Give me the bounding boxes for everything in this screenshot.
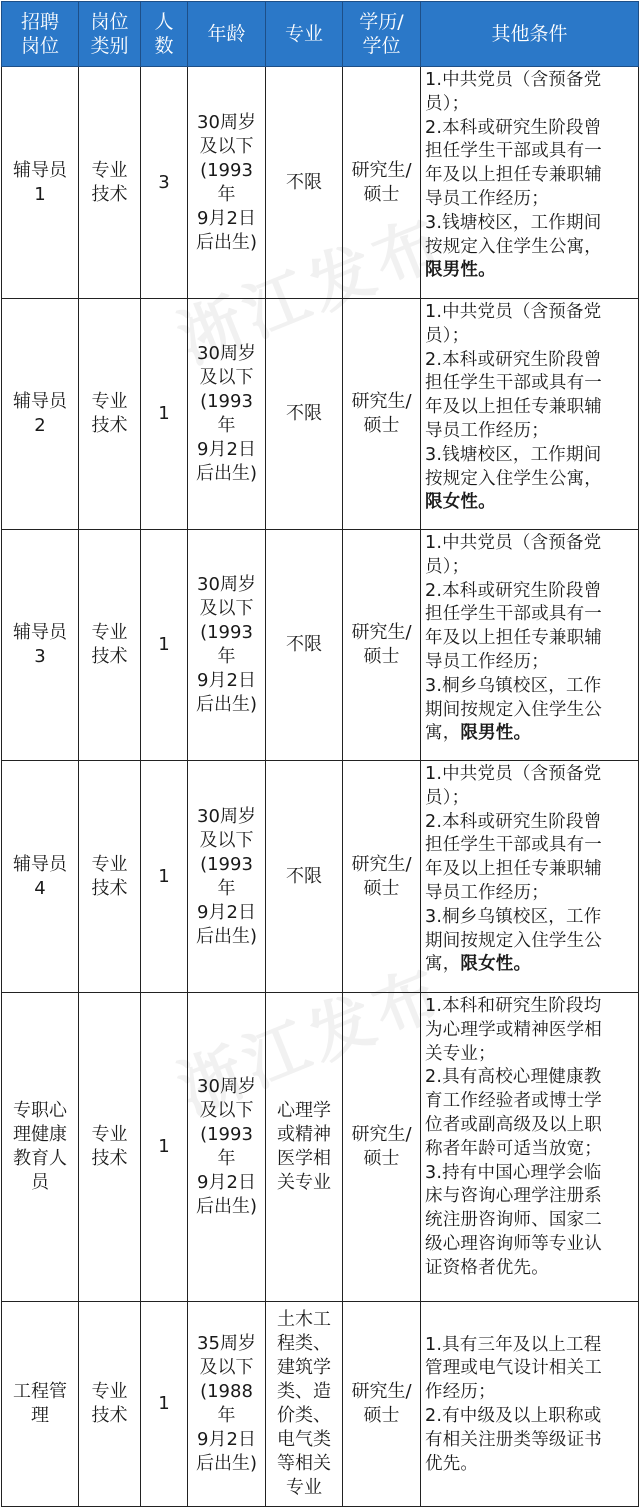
position-text: 3 — [6, 645, 74, 669]
degree-cell: 研究生/硕士 — [343, 530, 421, 761]
position-text: 辅导员 — [6, 853, 74, 877]
condition-text: 作经历； — [425, 1381, 633, 1405]
header-text: 年龄 — [188, 22, 265, 46]
gender-requirement: 限女性。 — [460, 954, 531, 974]
condition-text: 2.具有高校心理健康教 — [425, 1066, 633, 1090]
major-cell: 不限 — [266, 530, 343, 761]
header-text: 人 — [141, 10, 187, 34]
position-cell: 辅导员1 — [2, 67, 79, 299]
major-text: 关专业 — [270, 1171, 338, 1195]
category-text: 专业 — [83, 159, 136, 183]
condition-text: 期间按规定入住学生公 — [425, 930, 633, 954]
count-cell: 1 — [141, 1302, 188, 1507]
condition-text: 1.中共党员（含预备党 — [425, 532, 633, 556]
age-text: 30周岁 — [192, 805, 261, 829]
age-text: 9月2日 — [192, 901, 261, 925]
degree-text: 研究生/ — [347, 853, 416, 877]
condition-text: 担任学生干部或具有一 — [425, 372, 633, 396]
degree-text: 硕士 — [347, 183, 416, 207]
position-text: 辅导员 — [6, 390, 74, 414]
table-body: 辅导员1专业技术330周岁及以下(1993年9月2日后出生)不限研究生/硕士1.… — [2, 67, 639, 1507]
position-text: 专职心 — [6, 1099, 74, 1123]
category-cell: 专业技术 — [79, 530, 141, 761]
major-text: 等相关 — [270, 1452, 338, 1476]
header-text: 数 — [141, 34, 187, 58]
conditions-cell: 1.本科和研究生阶段均为心理学或精神医学相关专业；2.具有高校心理健康教育工作经… — [421, 993, 639, 1302]
table-row: 辅导员3专业技术130周岁及以下(1993年9月2日后出生)不限研究生/硕士1.… — [2, 530, 639, 761]
age-text: 及以下 — [192, 1099, 261, 1123]
count-cell: 3 — [141, 67, 188, 299]
age-text: 9月2日 — [192, 1428, 261, 1452]
header-text: 岗位 — [2, 34, 78, 58]
position-text: 辅导员 — [6, 159, 74, 183]
category-text: 技术 — [83, 1147, 136, 1171]
table-row: 辅导员4专业技术130周岁及以下(1993年9月2日后出生)不限研究生/硕士1.… — [2, 761, 639, 993]
age-cell: 30周岁及以下(1993年9月2日后出生) — [188, 299, 266, 530]
age-text: 9月2日 — [192, 669, 261, 693]
major-cell: 不限 — [266, 299, 343, 530]
condition-text: 寓， — [425, 954, 460, 974]
age-text: 后出生) — [192, 231, 261, 255]
category-text: 专业 — [83, 1380, 136, 1404]
condition-text: 床与咨询心理学注册系 — [425, 1185, 633, 1209]
category-cell: 专业技术 — [79, 299, 141, 530]
category-text: 技术 — [83, 414, 136, 438]
category-cell: 专业技术 — [79, 993, 141, 1302]
condition-text: 管理或电气设计相关工 — [425, 1357, 633, 1381]
position-text: 理健康 — [6, 1123, 74, 1147]
major-text: 不限 — [270, 171, 338, 195]
degree-cell: 研究生/硕士 — [343, 993, 421, 1302]
header-text: 专业 — [266, 22, 342, 46]
degree-text: 硕士 — [347, 1404, 416, 1428]
major-text: 专业 — [270, 1476, 338, 1500]
condition-text: 期间按规定入住学生公 — [425, 699, 633, 723]
age-text: 30周岁 — [192, 573, 261, 597]
major-text: 价类、 — [270, 1404, 338, 1428]
major-cell: 不限 — [266, 67, 343, 299]
condition-text: 年及以上担任专兼职辅 — [425, 858, 633, 882]
condition-text: 年及以上担任专兼职辅 — [425, 164, 633, 188]
condition-text: 3.桐乡乌镇校区，工作 — [425, 675, 633, 699]
count-text: 1 — [145, 633, 183, 657]
age-text: (1993年 — [192, 853, 261, 901]
condition-text: 担任学生干部或具有一 — [425, 140, 633, 164]
category-text: 技术 — [83, 645, 136, 669]
age-text: 及以下 — [192, 597, 261, 621]
position-cell: 辅导员3 — [2, 530, 79, 761]
age-cell: 35周岁及以下(1988年9月2日后出生) — [188, 1302, 266, 1507]
header-category: 岗位类别 — [79, 2, 141, 67]
age-cell: 30周岁及以下(1993年9月2日后出生) — [188, 993, 266, 1302]
count-cell: 1 — [141, 761, 188, 993]
condition-text: 担任学生干部或具有一 — [425, 603, 633, 627]
condition-text: 3.持有中国心理学会临 — [425, 1162, 633, 1186]
position-text: 理 — [6, 1404, 74, 1428]
condition-text: 级心理咨询师等专业认 — [425, 1233, 633, 1257]
condition-text: 1.中共党员（含预备党 — [425, 763, 633, 787]
gender-requirement: 限女性。 — [425, 492, 496, 512]
header-text: 学位 — [343, 34, 420, 58]
position-cell: 辅导员4 — [2, 761, 79, 993]
count-cell: 1 — [141, 299, 188, 530]
condition-text: 年及以上担任专兼职辅 — [425, 627, 633, 651]
age-text: 后出生) — [192, 1452, 261, 1476]
gender-requirement: 限男性。 — [425, 260, 496, 280]
conditions-cell: 1.中共党员（含预备党员）；2.本科或研究生阶段曾担任学生干部或具有一年及以上担… — [421, 761, 639, 993]
condition-text: 员）； — [425, 93, 633, 117]
header-text: 岗位 — [79, 10, 140, 34]
header-position: 招聘岗位 — [2, 2, 79, 67]
age-cell: 30周岁及以下(1993年9月2日后出生) — [188, 67, 266, 299]
major-text: 程类、 — [270, 1332, 338, 1356]
header-text: 学历/ — [343, 10, 420, 34]
condition-text: 2.有中级及以上职称或 — [425, 1405, 633, 1429]
age-text: 30周岁 — [192, 342, 261, 366]
major-text: 不限 — [270, 402, 338, 426]
degree-text: 硕士 — [347, 1147, 416, 1171]
category-text: 专业 — [83, 1123, 136, 1147]
gender-requirement: 限男性。 — [460, 723, 531, 743]
condition-text: 2.本科或研究生阶段曾 — [425, 117, 633, 141]
position-cell: 工程管理 — [2, 1302, 79, 1507]
condition-text: 按规定入住学生公寓， — [425, 236, 633, 260]
condition-text: 导员工作经历； — [425, 420, 633, 444]
header-major: 专业 — [266, 2, 343, 67]
condition-text: 育工作经验者或博士学 — [425, 1090, 633, 1114]
condition-text: 员）； — [425, 787, 633, 811]
age-text: 及以下 — [192, 1356, 261, 1380]
major-text: 建筑学 — [270, 1356, 338, 1380]
position-text: 1 — [6, 183, 74, 207]
major-text: 土木工 — [270, 1308, 338, 1332]
age-text: (1988年 — [192, 1380, 261, 1428]
category-text: 技术 — [83, 183, 136, 207]
age-text: 后出生) — [192, 462, 261, 486]
condition-text: 2.本科或研究生阶段曾 — [425, 811, 633, 835]
age-text: (1993年 — [192, 390, 261, 438]
condition-text: 有相关注册类等级证书 — [425, 1429, 633, 1453]
age-text: 后出生) — [192, 693, 261, 717]
condition-text: 员）； — [425, 556, 633, 580]
header-conditions: 其他条件 — [421, 2, 639, 67]
age-text: 及以下 — [192, 829, 261, 853]
category-text: 技术 — [83, 1404, 136, 1428]
major-cell: 心理学或精神医学相关专业 — [266, 993, 343, 1302]
degree-text: 硕士 — [347, 414, 416, 438]
count-text: 1 — [145, 1135, 183, 1159]
count-text: 1 — [145, 865, 183, 889]
conditions-cell: 1.中共党员（含预备党员）；2.本科或研究生阶段曾担任学生干部或具有一年及以上担… — [421, 67, 639, 299]
condition-text: 1.中共党员（含预备党 — [425, 301, 633, 325]
degree-text: 硕士 — [347, 645, 416, 669]
condition-text: 导员工作经历； — [425, 882, 633, 906]
age-text: (1993年 — [192, 1123, 261, 1171]
condition-text: 1.具有三年及以上工程 — [425, 1334, 633, 1358]
condition-text: 3.钱塘校区，工作期间 — [425, 212, 633, 236]
table-row: 专职心理健康教育人员专业技术130周岁及以下(1993年9月2日后出生)心理学或… — [2, 993, 639, 1302]
major-cell: 不限 — [266, 761, 343, 993]
table-row: 工程管理专业技术135周岁及以下(1988年9月2日后出生)土木工程类、建筑学类… — [2, 1302, 639, 1507]
degree-cell: 研究生/硕士 — [343, 761, 421, 993]
position-cell: 专职心理健康教育人员 — [2, 993, 79, 1302]
age-cell: 30周岁及以下(1993年9月2日后出生) — [188, 761, 266, 993]
header-row: 招聘岗位岗位类别人数年龄专业学历/学位其他条件 — [2, 2, 639, 67]
condition-text: 2.本科或研究生阶段曾 — [425, 349, 633, 373]
age-text: 后出生) — [192, 925, 261, 949]
count-cell: 1 — [141, 530, 188, 761]
age-text: (1993年 — [192, 159, 261, 207]
condition-text: 位者或副高级及以上职 — [425, 1114, 633, 1138]
degree-cell: 研究生/硕士 — [343, 299, 421, 530]
category-text: 专业 — [83, 621, 136, 645]
degree-text: 研究生/ — [347, 621, 416, 645]
major-cell: 土木工程类、建筑学类、造价类、电气类等相关专业 — [266, 1302, 343, 1507]
header-degree: 学历/学位 — [343, 2, 421, 67]
count-text: 1 — [145, 402, 183, 426]
header-age: 年龄 — [188, 2, 266, 67]
condition-text: 3.钱塘校区，工作期间 — [425, 444, 633, 468]
position-text: 工程管 — [6, 1380, 74, 1404]
condition-text: 按规定入住学生公寓， — [425, 468, 633, 492]
category-cell: 专业技术 — [79, 1302, 141, 1507]
condition-text: 证资格者优先。 — [425, 1257, 633, 1281]
condition-text: 优先。 — [425, 1453, 633, 1477]
condition-text: 3.桐乡乌镇校区，工作 — [425, 906, 633, 930]
major-text: 心理学 — [270, 1099, 338, 1123]
condition-text: 寓， — [425, 723, 460, 743]
major-text: 不限 — [270, 633, 338, 657]
header-text: 其他条件 — [421, 22, 638, 46]
condition-text: 年及以上担任专兼职辅 — [425, 396, 633, 420]
condition-text: 为心理学或精神医学相 — [425, 1019, 633, 1043]
age-text: 及以下 — [192, 366, 261, 390]
degree-cell: 研究生/硕士 — [343, 1302, 421, 1507]
count-text: 3 — [145, 171, 183, 195]
header-text: 招聘 — [2, 10, 78, 34]
major-text: 医学相 — [270, 1147, 338, 1171]
major-text: 不限 — [270, 865, 338, 889]
degree-text: 研究生/ — [347, 390, 416, 414]
count-text: 1 — [145, 1392, 183, 1416]
age-text: 30周岁 — [192, 1075, 261, 1099]
conditions-cell: 1.中共党员（含预备党员）；2.本科或研究生阶段曾担任学生干部或具有一年及以上担… — [421, 530, 639, 761]
condition-text: 1.本科和研究生阶段均 — [425, 995, 633, 1019]
age-text: 35周岁 — [192, 1332, 261, 1356]
major-text: 类、造 — [270, 1380, 338, 1404]
degree-cell: 研究生/硕士 — [343, 67, 421, 299]
condition-text: 统注册咨询师、国家二 — [425, 1209, 633, 1233]
age-text: 30周岁 — [192, 111, 261, 135]
condition-text: 导员工作经历； — [425, 188, 633, 212]
position-text: 4 — [6, 877, 74, 901]
condition-text: 1.中共党员（含预备党 — [425, 69, 633, 93]
age-text: 9月2日 — [192, 438, 261, 462]
position-text: 辅导员 — [6, 621, 74, 645]
table-row: 辅导员2专业技术130周岁及以下(1993年9月2日后出生)不限研究生/硕士1.… — [2, 299, 639, 530]
position-text: 2 — [6, 414, 74, 438]
condition-text: 导员工作经历； — [425, 651, 633, 675]
degree-text: 研究生/ — [347, 159, 416, 183]
age-text: 9月2日 — [192, 1171, 261, 1195]
age-text: (1993年 — [192, 621, 261, 669]
condition-text: 2.本科或研究生阶段曾 — [425, 580, 633, 604]
header-count: 人数 — [141, 2, 188, 67]
condition-text: 担任学生干部或具有一 — [425, 834, 633, 858]
degree-text: 研究生/ — [347, 1380, 416, 1404]
age-text: 9月2日 — [192, 207, 261, 231]
count-cell: 1 — [141, 993, 188, 1302]
category-text: 专业 — [83, 853, 136, 877]
category-cell: 专业技术 — [79, 67, 141, 299]
recruitment-table: 招聘岗位岗位类别人数年龄专业学历/学位其他条件 辅导员1专业技术330周岁及以下… — [1, 1, 639, 1507]
header-text: 类别 — [79, 34, 140, 58]
conditions-cell: 1.具有三年及以上工程管理或电气设计相关工作经历；2.有中级及以上职称或有相关注… — [421, 1302, 639, 1507]
condition-text: 关专业； — [425, 1043, 633, 1067]
age-text: 及以下 — [192, 135, 261, 159]
degree-text: 研究生/ — [347, 1123, 416, 1147]
conditions-cell: 1.中共党员（含预备党员）；2.本科或研究生阶段曾担任学生干部或具有一年及以上担… — [421, 299, 639, 530]
age-cell: 30周岁及以下(1993年9月2日后出生) — [188, 530, 266, 761]
degree-text: 硕士 — [347, 877, 416, 901]
position-text: 员 — [6, 1171, 74, 1195]
age-text: 后出生) — [192, 1195, 261, 1219]
category-text: 技术 — [83, 877, 136, 901]
position-cell: 辅导员2 — [2, 299, 79, 530]
major-text: 电气类 — [270, 1428, 338, 1452]
position-text: 教育人 — [6, 1147, 74, 1171]
condition-text: 员）； — [425, 325, 633, 349]
major-text: 或精神 — [270, 1123, 338, 1147]
condition-text: 称者年龄可适当放宽； — [425, 1138, 633, 1162]
category-cell: 专业技术 — [79, 761, 141, 993]
category-text: 专业 — [83, 390, 136, 414]
table-row: 辅导员1专业技术330周岁及以下(1993年9月2日后出生)不限研究生/硕士1.… — [2, 67, 639, 299]
